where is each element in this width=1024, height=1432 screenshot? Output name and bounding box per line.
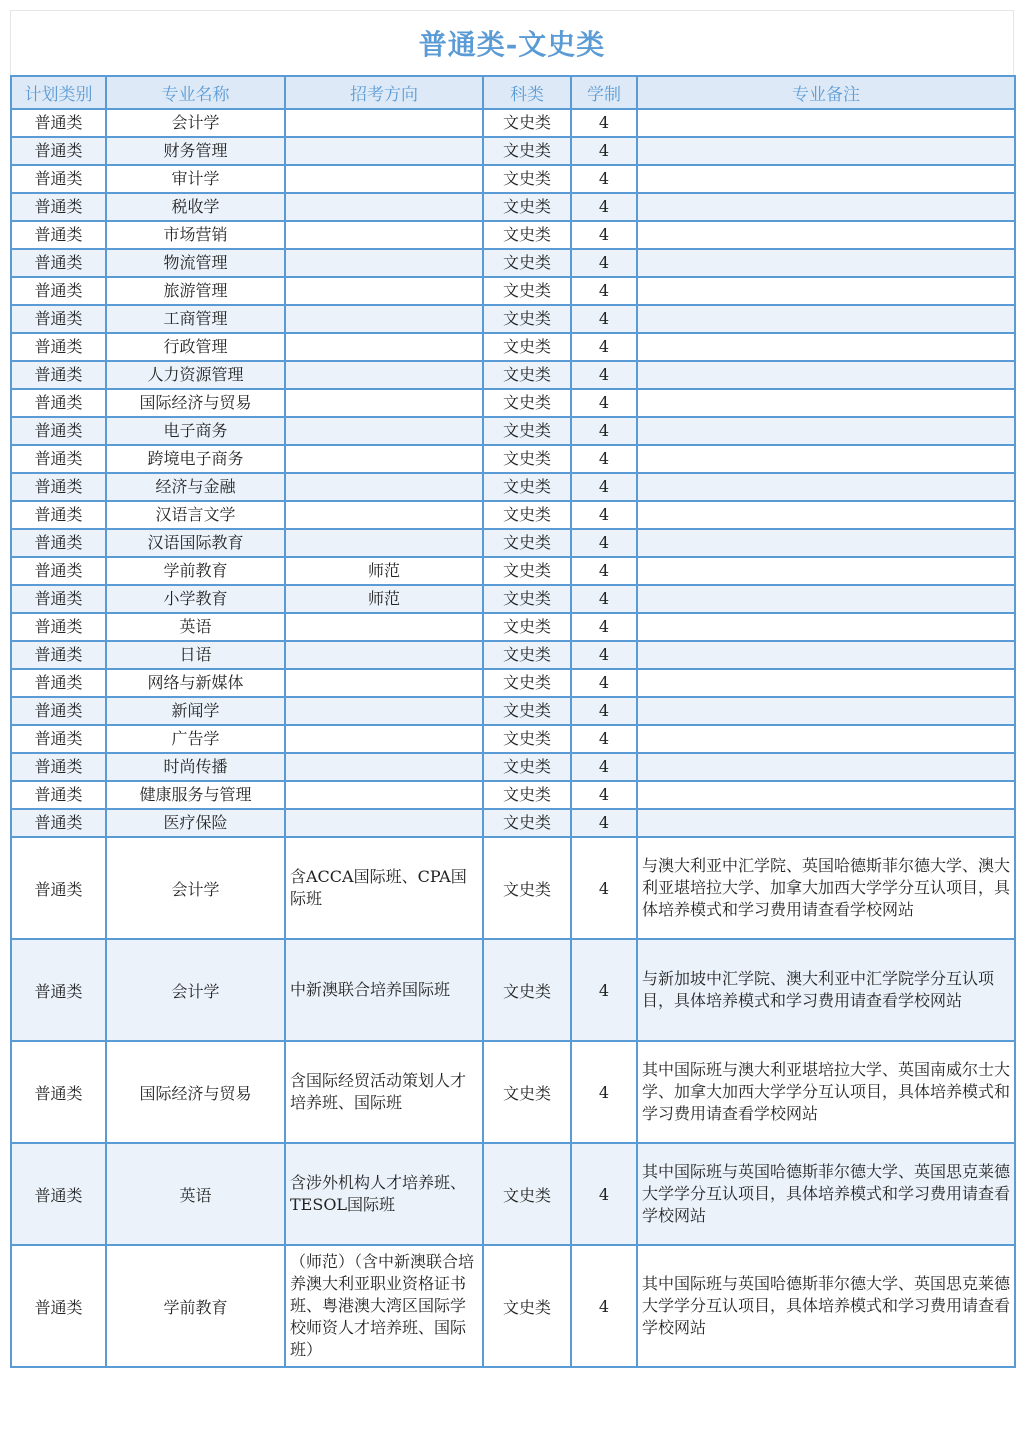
sheet: 普通类-文史类 计划类别 专业名称 招考方向 科类 学制 专业备注 普通类会计学… [10, 10, 1014, 1368]
cell-major: 时尚传播 [106, 753, 285, 781]
cell-note [637, 193, 1015, 221]
cell-category: 文史类 [483, 361, 571, 389]
cell-years: 4 [571, 277, 637, 305]
cell-years: 4 [571, 1143, 637, 1245]
table-row: 普通类跨境电子商务文史类4 [11, 445, 1015, 473]
cell-direction [285, 277, 483, 305]
cell-major: 人力资源管理 [106, 361, 285, 389]
cell-direction [285, 137, 483, 165]
cell-category: 文史类 [483, 137, 571, 165]
cell-major: 旅游管理 [106, 277, 285, 305]
table-row: 普通类时尚传播文史类4 [11, 753, 1015, 781]
cell-major: 市场营销 [106, 221, 285, 249]
cell-note [637, 137, 1015, 165]
cell-direction [285, 249, 483, 277]
cell-major: 财务管理 [106, 137, 285, 165]
title-box: 普通类-文史类 [10, 10, 1014, 75]
cell-plan: 普通类 [11, 529, 106, 557]
cell-years: 4 [571, 249, 637, 277]
cell-plan: 普通类 [11, 221, 106, 249]
table-header-row: 计划类别 专业名称 招考方向 科类 学制 专业备注 [11, 76, 1015, 109]
cell-plan: 普通类 [11, 445, 106, 473]
cell-note [637, 221, 1015, 249]
cell-note [637, 781, 1015, 809]
cell-plan: 普通类 [11, 417, 106, 445]
cell-major: 小学教育 [106, 585, 285, 613]
table-row: 普通类网络与新媒体文史类4 [11, 669, 1015, 697]
cell-note [637, 417, 1015, 445]
cell-category: 文史类 [483, 165, 571, 193]
cell-note [637, 445, 1015, 473]
cell-years: 4 [571, 137, 637, 165]
cell-major: 跨境电子商务 [106, 445, 285, 473]
page-title: 普通类-文史类 [419, 23, 606, 63]
cell-major: 物流管理 [106, 249, 285, 277]
cell-major: 英语 [106, 1143, 285, 1245]
cell-category: 文史类 [483, 389, 571, 417]
cell-major: 国际经济与贸易 [106, 1041, 285, 1143]
header-note: 专业备注 [637, 76, 1015, 109]
cell-major: 学前教育 [106, 557, 285, 585]
cell-years: 4 [571, 389, 637, 417]
table-row: 普通类工商管理文史类4 [11, 305, 1015, 333]
table-row: 普通类电子商务文史类4 [11, 417, 1015, 445]
cell-category: 文史类 [483, 781, 571, 809]
cell-category: 文史类 [483, 333, 571, 361]
cell-note [637, 165, 1015, 193]
cell-category: 文史类 [483, 109, 571, 137]
cell-years: 4 [571, 939, 637, 1041]
cell-direction [285, 389, 483, 417]
cell-years: 4 [571, 725, 637, 753]
cell-major: 新闻学 [106, 697, 285, 725]
cell-years: 4 [571, 221, 637, 249]
cell-direction [285, 417, 483, 445]
cell-note [637, 641, 1015, 669]
cell-note [637, 557, 1015, 585]
majors-table: 计划类别 专业名称 招考方向 科类 学制 专业备注 普通类会计学文史类4普通类财… [10, 75, 1016, 1368]
cell-category: 文史类 [483, 193, 571, 221]
cell-direction: 师范 [285, 585, 483, 613]
cell-note: 与新加坡中汇学院、澳大利亚中汇学院学分互认项目，具体培养模式和学习费用请查看学校… [637, 939, 1015, 1041]
cell-years: 4 [571, 641, 637, 669]
cell-major: 会计学 [106, 837, 285, 939]
table-row: 普通类国际经济与贸易文史类4 [11, 389, 1015, 417]
cell-major: 广告学 [106, 725, 285, 753]
cell-years: 4 [571, 529, 637, 557]
cell-category: 文史类 [483, 1041, 571, 1143]
table-row: 普通类行政管理文史类4 [11, 333, 1015, 361]
cell-years: 4 [571, 165, 637, 193]
cell-years: 4 [571, 193, 637, 221]
cell-direction [285, 109, 483, 137]
cell-plan: 普通类 [11, 781, 106, 809]
cell-plan: 普通类 [11, 1041, 106, 1143]
cell-plan: 普通类 [11, 305, 106, 333]
cell-direction [285, 613, 483, 641]
cell-note [637, 669, 1015, 697]
header-years: 学制 [571, 76, 637, 109]
table-row: 普通类财务管理文史类4 [11, 137, 1015, 165]
cell-direction [285, 641, 483, 669]
table-row: 普通类汉语言文学文史类4 [11, 501, 1015, 529]
cell-plan: 普通类 [11, 109, 106, 137]
cell-major: 汉语言文学 [106, 501, 285, 529]
table-row: 普通类英语含涉外机构人才培养班、TESOL国际班文史类4其中国际班与英国哈德斯菲… [11, 1143, 1015, 1245]
cell-years: 4 [571, 1245, 637, 1367]
cell-plan: 普通类 [11, 389, 106, 417]
cell-plan: 普通类 [11, 1245, 106, 1367]
cell-note: 其中国际班与英国哈德斯菲尔德大学、英国思克莱德大学学分互认项目，具体培养模式和学… [637, 1245, 1015, 1367]
cell-plan: 普通类 [11, 501, 106, 529]
cell-category: 文史类 [483, 445, 571, 473]
cell-category: 文史类 [483, 1143, 571, 1245]
cell-years: 4 [571, 585, 637, 613]
table-row: 普通类新闻学文史类4 [11, 697, 1015, 725]
cell-direction [285, 333, 483, 361]
cell-plan: 普通类 [11, 1143, 106, 1245]
table-row: 普通类广告学文史类4 [11, 725, 1015, 753]
header-category: 科类 [483, 76, 571, 109]
cell-direction [285, 193, 483, 221]
cell-years: 4 [571, 501, 637, 529]
cell-direction [285, 753, 483, 781]
cell-note [637, 249, 1015, 277]
cell-plan: 普通类 [11, 809, 106, 837]
cell-years: 4 [571, 613, 637, 641]
cell-direction [285, 669, 483, 697]
cell-major: 国际经济与贸易 [106, 389, 285, 417]
cell-category: 文史类 [483, 725, 571, 753]
cell-years: 4 [571, 781, 637, 809]
cell-note [637, 361, 1015, 389]
header-plan: 计划类别 [11, 76, 106, 109]
cell-direction [285, 445, 483, 473]
table-row: 普通类日语文史类4 [11, 641, 1015, 669]
cell-years: 4 [571, 473, 637, 501]
cell-years: 4 [571, 417, 637, 445]
table-row: 普通类旅游管理文史类4 [11, 277, 1015, 305]
cell-plan: 普通类 [11, 249, 106, 277]
cell-note [637, 473, 1015, 501]
cell-category: 文史类 [483, 1245, 571, 1367]
table-row: 普通类审计学文史类4 [11, 165, 1015, 193]
cell-major: 行政管理 [106, 333, 285, 361]
cell-note [637, 501, 1015, 529]
cell-plan: 普通类 [11, 361, 106, 389]
cell-direction: 中新澳联合培养国际班 [285, 939, 483, 1041]
cell-category: 文史类 [483, 809, 571, 837]
cell-category: 文史类 [483, 669, 571, 697]
cell-direction: （师范）（含中新澳联合培养澳大利亚职业资格证书班、粤港澳大湾区国际学校师资人才培… [285, 1245, 483, 1367]
cell-direction [285, 697, 483, 725]
cell-major: 工商管理 [106, 305, 285, 333]
table-row: 普通类健康服务与管理文史类4 [11, 781, 1015, 809]
cell-direction [285, 725, 483, 753]
cell-plan: 普通类 [11, 613, 106, 641]
cell-category: 文史类 [483, 557, 571, 585]
cell-direction [285, 809, 483, 837]
cell-plan: 普通类 [11, 641, 106, 669]
cell-note [637, 333, 1015, 361]
cell-direction [285, 305, 483, 333]
cell-direction [285, 473, 483, 501]
cell-years: 4 [571, 1041, 637, 1143]
cell-category: 文史类 [483, 249, 571, 277]
cell-category: 文史类 [483, 277, 571, 305]
table-row: 普通类医疗保险文史类4 [11, 809, 1015, 837]
cell-plan: 普通类 [11, 137, 106, 165]
cell-category: 文史类 [483, 221, 571, 249]
cell-note [637, 613, 1015, 641]
cell-plan: 普通类 [11, 837, 106, 939]
cell-major: 税收学 [106, 193, 285, 221]
cell-years: 4 [571, 109, 637, 137]
cell-years: 4 [571, 557, 637, 585]
cell-category: 文史类 [483, 417, 571, 445]
table-row: 普通类学前教育师范文史类4 [11, 557, 1015, 585]
cell-direction [285, 165, 483, 193]
cell-note: 其中国际班与澳大利亚堪培拉大学、英国南威尔士大学、加拿大加西大学学分互认项目，具… [637, 1041, 1015, 1143]
cell-years: 4 [571, 753, 637, 781]
cell-category: 文史类 [483, 697, 571, 725]
cell-years: 4 [571, 669, 637, 697]
cell-note [637, 109, 1015, 137]
cell-note [637, 697, 1015, 725]
header-direction: 招考方向 [285, 76, 483, 109]
cell-direction [285, 361, 483, 389]
cell-plan: 普通类 [11, 939, 106, 1041]
cell-direction: 含国际经贸活动策划人才培养班、国际班 [285, 1041, 483, 1143]
cell-note [637, 389, 1015, 417]
cell-plan: 普通类 [11, 165, 106, 193]
cell-category: 文史类 [483, 641, 571, 669]
table-row: 普通类会计学中新澳联合培养国际班文史类4与新加坡中汇学院、澳大利亚中汇学院学分互… [11, 939, 1015, 1041]
cell-plan: 普通类 [11, 277, 106, 305]
cell-years: 4 [571, 361, 637, 389]
cell-note [637, 753, 1015, 781]
cell-note [637, 585, 1015, 613]
table-row: 普通类国际经济与贸易含国际经贸活动策划人才培养班、国际班文史类4其中国际班与澳大… [11, 1041, 1015, 1143]
table-row: 普通类经济与金融文史类4 [11, 473, 1015, 501]
cell-direction [285, 221, 483, 249]
table-row: 普通类税收学文史类4 [11, 193, 1015, 221]
cell-category: 文史类 [483, 305, 571, 333]
cell-direction [285, 529, 483, 557]
cell-plan: 普通类 [11, 585, 106, 613]
cell-major: 网络与新媒体 [106, 669, 285, 697]
cell-major: 健康服务与管理 [106, 781, 285, 809]
cell-category: 文史类 [483, 585, 571, 613]
cell-plan: 普通类 [11, 697, 106, 725]
table-row: 普通类小学教育师范文史类4 [11, 585, 1015, 613]
cell-years: 4 [571, 445, 637, 473]
cell-major: 会计学 [106, 109, 285, 137]
cell-years: 4 [571, 697, 637, 725]
cell-direction [285, 501, 483, 529]
cell-category: 文史类 [483, 501, 571, 529]
cell-plan: 普通类 [11, 557, 106, 585]
cell-plan: 普通类 [11, 669, 106, 697]
cell-major: 会计学 [106, 939, 285, 1041]
cell-category: 文史类 [483, 529, 571, 557]
cell-note [637, 277, 1015, 305]
cell-plan: 普通类 [11, 193, 106, 221]
cell-plan: 普通类 [11, 333, 106, 361]
cell-note: 其中国际班与英国哈德斯菲尔德大学、英国思克莱德大学学分互认项目，具体培养模式和学… [637, 1143, 1015, 1245]
cell-category: 文史类 [483, 473, 571, 501]
cell-years: 4 [571, 305, 637, 333]
cell-plan: 普通类 [11, 753, 106, 781]
cell-years: 4 [571, 809, 637, 837]
cell-major: 日语 [106, 641, 285, 669]
cell-major: 英语 [106, 613, 285, 641]
cell-plan: 普通类 [11, 725, 106, 753]
cell-major: 审计学 [106, 165, 285, 193]
cell-category: 文史类 [483, 613, 571, 641]
table-row: 普通类市场营销文史类4 [11, 221, 1015, 249]
cell-note [637, 725, 1015, 753]
table-row: 普通类学前教育（师范）（含中新澳联合培养澳大利亚职业资格证书班、粤港澳大湾区国际… [11, 1245, 1015, 1367]
table-row: 普通类物流管理文史类4 [11, 249, 1015, 277]
cell-direction [285, 781, 483, 809]
table-row: 普通类人力资源管理文史类4 [11, 361, 1015, 389]
cell-note: 与澳大利亚中汇学院、英国哈德斯菲尔德大学、澳大利亚堪培拉大学、加拿大加西大学学分… [637, 837, 1015, 939]
cell-plan: 普通类 [11, 473, 106, 501]
cell-note [637, 305, 1015, 333]
cell-direction: 含ACCA国际班、CPA国际班 [285, 837, 483, 939]
cell-category: 文史类 [483, 939, 571, 1041]
cell-major: 电子商务 [106, 417, 285, 445]
cell-direction: 含涉外机构人才培养班、TESOL国际班 [285, 1143, 483, 1245]
cell-major: 经济与金融 [106, 473, 285, 501]
cell-years: 4 [571, 333, 637, 361]
cell-category: 文史类 [483, 837, 571, 939]
table-row: 普通类英语文史类4 [11, 613, 1015, 641]
cell-major: 学前教育 [106, 1245, 285, 1367]
table-row: 普通类会计学文史类4 [11, 109, 1015, 137]
cell-note [637, 529, 1015, 557]
cell-major: 医疗保险 [106, 809, 285, 837]
cell-major: 汉语国际教育 [106, 529, 285, 557]
cell-category: 文史类 [483, 753, 571, 781]
cell-note [637, 809, 1015, 837]
header-major: 专业名称 [106, 76, 285, 109]
cell-years: 4 [571, 837, 637, 939]
table-row: 普通类汉语国际教育文史类4 [11, 529, 1015, 557]
cell-direction: 师范 [285, 557, 483, 585]
table-row: 普通类会计学含ACCA国际班、CPA国际班文史类4与澳大利亚中汇学院、英国哈德斯… [11, 837, 1015, 939]
